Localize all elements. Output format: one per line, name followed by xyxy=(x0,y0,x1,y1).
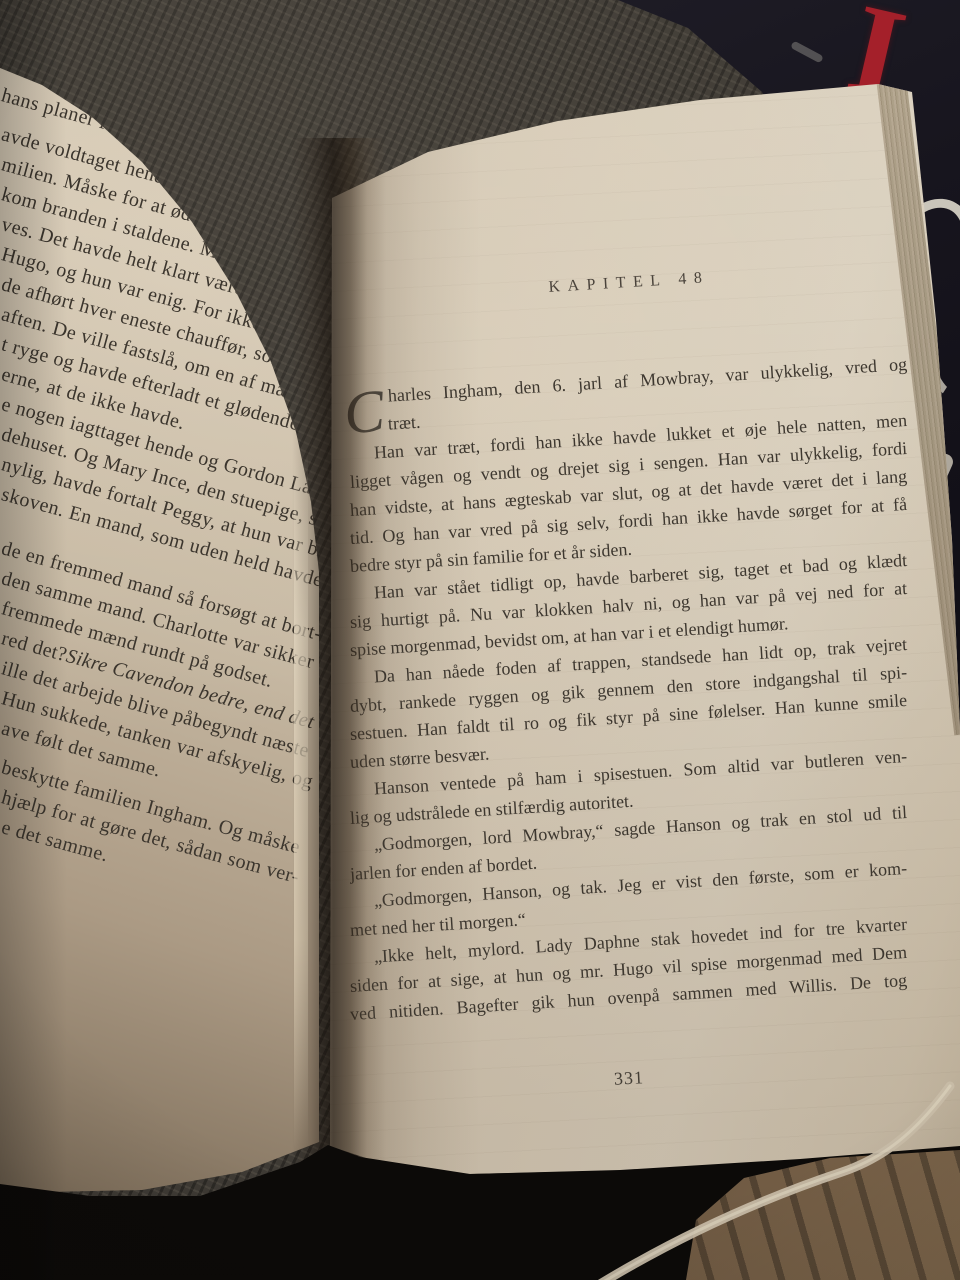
book-photo-scene: I hans planer for hendes fremtid … deres… xyxy=(0,0,960,1280)
power-cable xyxy=(0,0,960,1280)
